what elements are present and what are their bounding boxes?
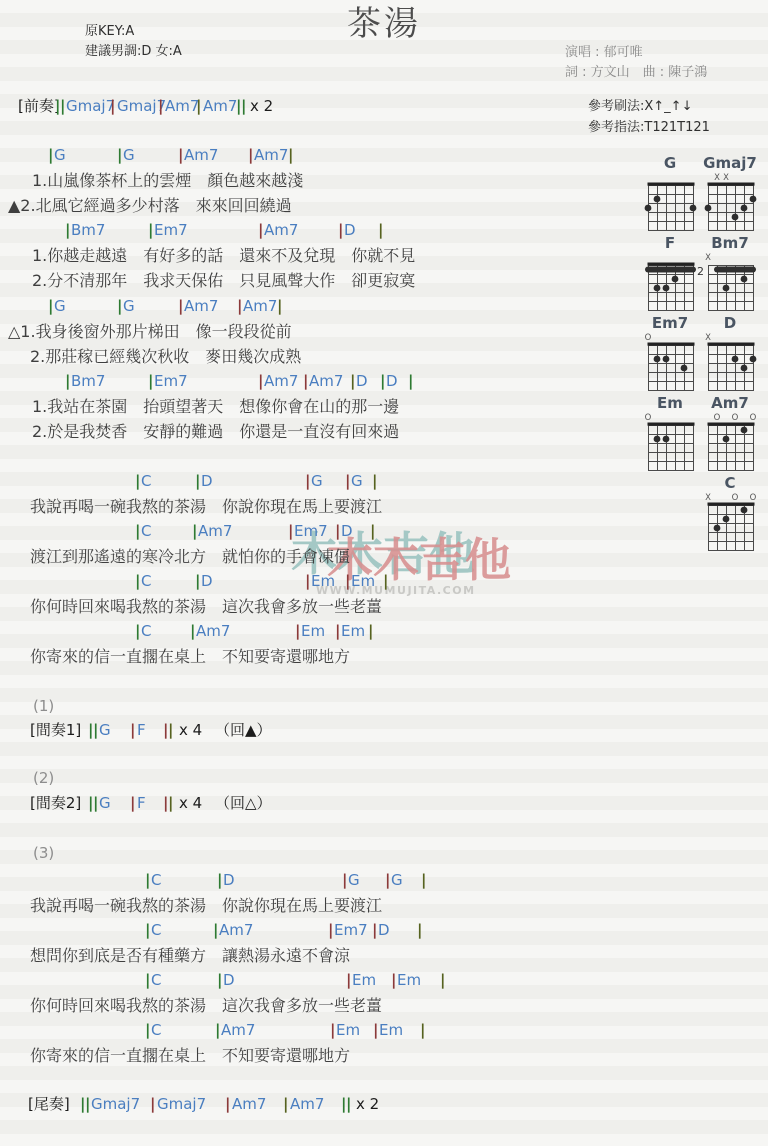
open-string-marker: O	[750, 413, 757, 423]
chord-name: Em	[336, 1022, 360, 1039]
bar-pipe: |	[288, 523, 293, 540]
chord-name: Am7	[243, 298, 277, 315]
fretboard-grid: O	[636, 331, 704, 395]
bar-pipe: |	[330, 1022, 335, 1039]
repeat-text: x 2	[250, 98, 273, 115]
lyric-text: 渡江到那遙遠的寒冷北方 就怕你的手會凍僵	[30, 548, 350, 566]
chord-name: C	[141, 523, 151, 540]
bar-pipe: |	[135, 473, 140, 490]
chord-diagram-label: Am7	[696, 395, 764, 411]
section-number-text: (2)	[33, 770, 54, 787]
original-key: 原KEY:A	[85, 25, 134, 39]
finger-dot	[654, 285, 661, 292]
bar-pipe: |	[178, 147, 183, 164]
section-label: [間奏1]	[30, 722, 81, 739]
open-string-marker: O	[645, 413, 652, 423]
bar-pipe: |	[345, 473, 350, 490]
chord-name: D	[201, 473, 213, 490]
muted-string-marker: X	[705, 253, 711, 263]
lyric-line: 想問你到底是否有種藥方 讓熱湯永遠不會涼	[0, 947, 768, 969]
finger-dot	[750, 196, 757, 203]
bar-pipe: |	[65, 222, 70, 239]
barre-bar	[645, 267, 696, 273]
bar-pipe: |	[93, 795, 98, 812]
finger-dot	[732, 356, 739, 363]
chord-name: D	[386, 373, 398, 390]
bar-pipe: |	[48, 298, 53, 315]
bar-pipe: |	[135, 573, 140, 590]
section-number: (3)	[0, 845, 768, 867]
chord-diagram-c: CXOO	[696, 475, 766, 555]
chord-diagram-label: D	[696, 315, 764, 331]
chord-name: Bm7	[71, 373, 105, 390]
lyric-line: 我說再喝一碗我熬的茶湯 你說你現在馬上要渡江	[0, 897, 768, 919]
bar-pipe: |	[440, 972, 445, 989]
bar-pipe: |	[420, 1022, 425, 1039]
lyric-text: 你寄來的信一直擱在桌上 不知要寄還哪地方	[30, 1047, 350, 1065]
section-number: (2)	[0, 770, 768, 792]
chord-diagram-label: Bm7	[696, 235, 764, 251]
lyric-text: 你何時回來喝我熬的茶湯 這次我會多放一些老薑	[30, 598, 382, 616]
finger-dot	[654, 356, 661, 363]
chord-diagram-label: F	[636, 235, 704, 251]
bar-pipe: |	[378, 222, 383, 239]
fretboard-grid: X	[696, 331, 764, 395]
bar-pipe: |	[217, 972, 222, 989]
chord-name: Am7	[264, 373, 298, 390]
chord-name: C	[151, 972, 161, 989]
chord-name: Em7	[154, 373, 188, 390]
bar-pipe: |	[130, 722, 135, 739]
chord-name: Am7	[203, 98, 237, 115]
chord-name: Em	[397, 972, 421, 989]
bar-pipe: |	[135, 523, 140, 540]
chord-name: Am7	[221, 1022, 255, 1039]
lyric-text: 1.你越走越遠 有好多的話 還來不及兌現 你就不見	[32, 247, 415, 265]
chord-name: G	[123, 298, 135, 315]
chord-diagram-label: C	[696, 475, 764, 491]
finger-dot	[723, 285, 730, 292]
chord-name: C	[151, 1022, 161, 1039]
lyric-line: 你何時回來喝我熬的茶湯 這次我會多放一些老薑	[0, 997, 768, 1019]
bar-pipe: |	[148, 222, 153, 239]
finger-dot	[672, 276, 679, 283]
bar-pipe: |	[85, 1096, 90, 1113]
chord-sheet-page: 茶湯 原KEY:A 建議男調:D 女:A 演唱 : 郁可唯 詞 : 方文山 曲 …	[0, 0, 768, 1146]
lyric-line: 你寄來的信一直擱在桌上 不知要寄還哪地方	[0, 648, 768, 670]
chord-name: C	[141, 573, 151, 590]
repeat-text: x 4	[179, 795, 202, 812]
finger-dot	[723, 436, 730, 443]
section-label: [前奏]	[18, 98, 60, 115]
chord-name: Em	[351, 573, 375, 590]
fretboard-grid	[636, 171, 704, 235]
lyric-text: △1.我身後窗外那片梯田 像一段段從前	[8, 323, 292, 341]
bar-pipe: |	[190, 623, 195, 640]
bar-pipe: |	[237, 298, 242, 315]
lyric-text: 我說再喝一碗我熬的茶湯 你說你現在馬上要渡江	[30, 498, 382, 516]
chord-name: C	[141, 623, 151, 640]
suggested-key: 建議男調:D 女:A	[85, 45, 182, 59]
section-line: [尾奏]||Gmaj7|Gmaj7|Am7|Am7||x 2	[0, 1096, 768, 1118]
finger-dot	[663, 285, 670, 292]
bar-pipe: |	[335, 523, 340, 540]
repeat-text: x 4	[179, 722, 202, 739]
chord-name: G	[54, 298, 66, 315]
lyric-text: 你何時回來喝我熬的茶湯 這次我會多放一些老薑	[30, 997, 382, 1015]
bar-pipe: |	[288, 147, 293, 164]
bar-pipe: |	[346, 1096, 351, 1113]
bar-pipe: |	[370, 523, 375, 540]
bar-pipe: |	[225, 1096, 230, 1113]
finger-dot	[654, 436, 661, 443]
fretboard-grid	[636, 251, 704, 315]
bar-pipe: |	[145, 922, 150, 939]
section-line: [前奏]||Gmaj7|Gmaj7|Am7|Am7||x 2	[0, 98, 768, 120]
section-number-text: (3)	[33, 845, 54, 862]
finger-dot	[741, 507, 748, 514]
chord-name: Gmaj7	[91, 1096, 140, 1113]
bar-pipe: |	[110, 98, 115, 115]
section-label: [尾奏]	[28, 1096, 70, 1113]
bar-pipe: |	[342, 872, 347, 889]
bar-pipe: |	[283, 1096, 288, 1113]
finger-dot	[663, 436, 670, 443]
bar-pipe: |	[248, 147, 253, 164]
chord-diagram-label: Em	[636, 395, 704, 411]
singer-credit: 演唱 : 郁可唯	[565, 46, 643, 60]
open-string-marker: O	[714, 413, 721, 423]
bar-pipe: |	[303, 373, 308, 390]
finger-dot	[741, 205, 748, 212]
bar-pipe: |	[135, 623, 140, 640]
chord-diagram-label: Gmaj7	[696, 155, 764, 171]
finger-pattern: 參考指法:T121T121	[588, 121, 710, 135]
svg-text:2: 2	[697, 265, 704, 278]
chord-name: Am7	[264, 222, 298, 239]
chord-line: |C|D|Em|Em|	[0, 972, 768, 994]
bar-pipe: |	[195, 573, 200, 590]
open-string-marker: O	[732, 413, 739, 423]
chord-name: Am7	[198, 523, 232, 540]
finger-dot	[714, 525, 721, 532]
chord-line: |C|Am7|Em|Em|	[0, 623, 768, 645]
muted-string-marker: X	[723, 173, 729, 183]
chord-name: F	[137, 722, 146, 739]
bar-pipe: |	[368, 623, 373, 640]
chord-name: Em	[301, 623, 325, 640]
bar-pipe: |	[350, 373, 355, 390]
bar-pipe: |	[241, 98, 246, 115]
fretboard-grid: O	[636, 411, 704, 475]
chord-name: Gmaj7	[157, 1096, 206, 1113]
chord-name: G	[311, 473, 323, 490]
bar-pipe: |	[408, 373, 413, 390]
barre-bar	[714, 267, 756, 273]
lyric-text: 1.我站在茶園 抬頭望著天 想像你會在山的那一邊	[32, 398, 399, 416]
bar-pipe: |	[158, 98, 163, 115]
section-line: [間奏1]||G|F||x 4（回▲）	[0, 722, 768, 744]
bar-pipe: |	[215, 1022, 220, 1039]
chord-name: G	[54, 147, 66, 164]
chord-name: Am7	[219, 922, 253, 939]
bar-pipe: |	[385, 872, 390, 889]
bar-pipe: |	[117, 147, 122, 164]
lyric-text: ▲2.北風它經過多少村落 來來回回繞過	[8, 197, 292, 215]
chord-name: D	[201, 573, 213, 590]
chord-name: Am7	[309, 373, 343, 390]
chord-line: |C|Am7|Em|Em|	[0, 1022, 768, 1044]
chord-name: C	[141, 473, 151, 490]
muted-string-marker: X	[705, 493, 711, 503]
bar-pipe: |	[213, 922, 218, 939]
bar-pipe: |	[145, 872, 150, 889]
bar-pipe: |	[391, 972, 396, 989]
bar-pipe: |	[372, 473, 377, 490]
bar-pipe: |	[305, 473, 310, 490]
chord-name: Am7	[184, 147, 218, 164]
chord-name: C	[151, 872, 161, 889]
finger-dot	[732, 214, 739, 221]
chord-name: Gmaj7	[66, 98, 115, 115]
repeat-text: （回△）	[215, 795, 272, 812]
bar-pipe: |	[421, 872, 426, 889]
fretboard-grid: 2X	[696, 251, 764, 315]
bar-pipe: |	[328, 922, 333, 939]
muted-string-marker: X	[705, 333, 711, 343]
fretboard-grid: XOO	[696, 491, 764, 555]
open-string-marker: O	[645, 333, 652, 343]
bar-pipe: |	[145, 1022, 150, 1039]
lyric-text: 2.分不清那年 我求天保佑 只見風聲大作 卻更寂寞	[32, 272, 415, 290]
chord-name: G	[351, 473, 363, 490]
lyric-text: 2.於是我焚香 安靜的難過 你還是一直沒有回來過	[32, 423, 399, 441]
bar-pipe: |	[196, 98, 201, 115]
bar-pipe: |	[338, 222, 343, 239]
bar-pipe: |	[195, 473, 200, 490]
chord-name: Am7	[232, 1096, 266, 1113]
open-string-marker: O	[732, 493, 739, 503]
chord-line: |C|D|Em|Em|	[0, 573, 768, 595]
chord-name: Em	[341, 623, 365, 640]
chord-name: D	[223, 872, 235, 889]
chord-diagram-d: DX	[696, 315, 766, 395]
section-number-text: (1)	[33, 698, 54, 715]
bar-pipe: |	[417, 922, 422, 939]
chord-name: Am7	[184, 298, 218, 315]
fretboard-grid: OOO	[696, 411, 764, 475]
chord-name: Bm7	[71, 222, 105, 239]
chord-line: |C|D|G|G|	[0, 473, 768, 495]
chord-diagram-gmaj7: Gmaj7XX	[696, 155, 766, 235]
bar-pipe: |	[305, 573, 310, 590]
chord-name: Em	[352, 972, 376, 989]
finger-dot	[741, 427, 748, 434]
finger-dot	[741, 276, 748, 283]
chord-line: |C|Am7|Em7|D|	[0, 922, 768, 944]
lyric-text: 想問你到底是否有種藥方 讓熱湯永遠不會涼	[30, 947, 350, 965]
chord-line: |C|D|G|G|	[0, 872, 768, 894]
chord-diagram-label: G	[636, 155, 704, 171]
finger-dot	[663, 356, 670, 363]
section-line: [間奏2]||G|F||x 4（回△）	[0, 795, 768, 817]
bar-pipe: |	[346, 972, 351, 989]
lyric-line: 渡江到那遙遠的寒冷北方 就怕你的手會凍僵	[0, 548, 768, 570]
chord-line: |C|Am7|Em7|D|	[0, 523, 768, 545]
bar-pipe: |	[258, 222, 263, 239]
bar-pipe: |	[383, 573, 388, 590]
bar-pipe: |	[335, 623, 340, 640]
chord-name: Em7	[334, 922, 368, 939]
lyric-text: 1.山嵐像茶杯上的雲煙 顏色越來越淺	[32, 172, 303, 190]
bar-pipe: |	[217, 872, 222, 889]
chord-name: Am7	[165, 98, 199, 115]
chord-name: Am7	[196, 623, 230, 640]
bar-pipe: |	[65, 373, 70, 390]
chord-name: Em7	[154, 222, 188, 239]
chord-name: Em	[379, 1022, 403, 1039]
finger-dot	[750, 356, 757, 363]
chord-name: G	[99, 722, 111, 739]
lyric-line: 你寄來的信一直擱在桌上 不知要寄還哪地方	[0, 1047, 768, 1069]
chord-name: Am7	[290, 1096, 324, 1113]
bar-pipe: |	[380, 373, 385, 390]
bar-pipe: |	[48, 147, 53, 164]
lyric-text: 我說再喝一碗我熬的茶湯 你說你現在馬上要渡江	[30, 897, 382, 915]
bar-pipe: |	[148, 373, 153, 390]
lyric-text: 你寄來的信一直擱在桌上 不知要寄還哪地方	[30, 648, 350, 666]
repeat-text: x 2	[356, 1096, 379, 1113]
open-string-marker: O	[750, 493, 757, 503]
chord-name: D	[341, 523, 353, 540]
bar-pipe: |	[93, 722, 98, 739]
finger-dot	[681, 365, 688, 372]
writer-credit: 詞 : 方文山 曲 : 陳子鴻	[565, 66, 707, 80]
bar-pipe: |	[117, 298, 122, 315]
finger-dot	[741, 365, 748, 372]
chord-name: D	[344, 222, 356, 239]
finger-dot	[723, 516, 730, 523]
bar-pipe: |	[295, 623, 300, 640]
repeat-text: （回▲）	[215, 722, 272, 739]
bar-pipe: |	[145, 972, 150, 989]
chord-name: Am7	[254, 147, 288, 164]
muted-string-marker: X	[714, 173, 720, 183]
bar-pipe: |	[192, 523, 197, 540]
chord-name: Em	[311, 573, 335, 590]
chord-name: C	[151, 922, 161, 939]
section-number: (1)	[0, 698, 768, 720]
chord-name: D	[378, 922, 390, 939]
fretboard-grid: XX	[696, 171, 764, 235]
finger-dot	[654, 196, 661, 203]
finger-dot	[645, 205, 652, 212]
chord-name: D	[356, 373, 368, 390]
chord-name: F	[137, 795, 146, 812]
bar-pipe: |	[345, 573, 350, 590]
bar-pipe: |	[277, 298, 282, 315]
bar-pipe: |	[60, 98, 65, 115]
bar-pipe: |	[258, 373, 263, 390]
bar-pipe: |	[168, 795, 173, 812]
chord-name: G	[99, 795, 111, 812]
lyric-line: 你何時回來喝我熬的茶湯 這次我會多放一些老薑	[0, 598, 768, 620]
bar-pipe: |	[150, 1096, 155, 1113]
bar-pipe: |	[130, 795, 135, 812]
bar-pipe: |	[178, 298, 183, 315]
bar-pipe: |	[168, 722, 173, 739]
chord-diagram-bm7: Bm72X	[696, 235, 766, 315]
finger-dot	[705, 205, 712, 212]
chord-name: G	[348, 872, 360, 889]
lyric-line: 我說再喝一碗我熬的茶湯 你說你現在馬上要渡江	[0, 498, 768, 520]
bar-pipe: |	[372, 922, 377, 939]
bar-pipe: |	[373, 1022, 378, 1039]
chord-name: G	[123, 147, 135, 164]
chord-name: G	[391, 872, 403, 889]
section-label: [間奏2]	[30, 795, 81, 812]
chord-diagram-label: Em7	[636, 315, 704, 331]
chord-name: D	[223, 972, 235, 989]
chord-name: Em7	[294, 523, 328, 540]
chord-diagram-am7: Am7OOO	[696, 395, 766, 475]
lyric-text: 2.那莊稼已經幾次秋收 麥田幾次成熟	[30, 348, 301, 366]
